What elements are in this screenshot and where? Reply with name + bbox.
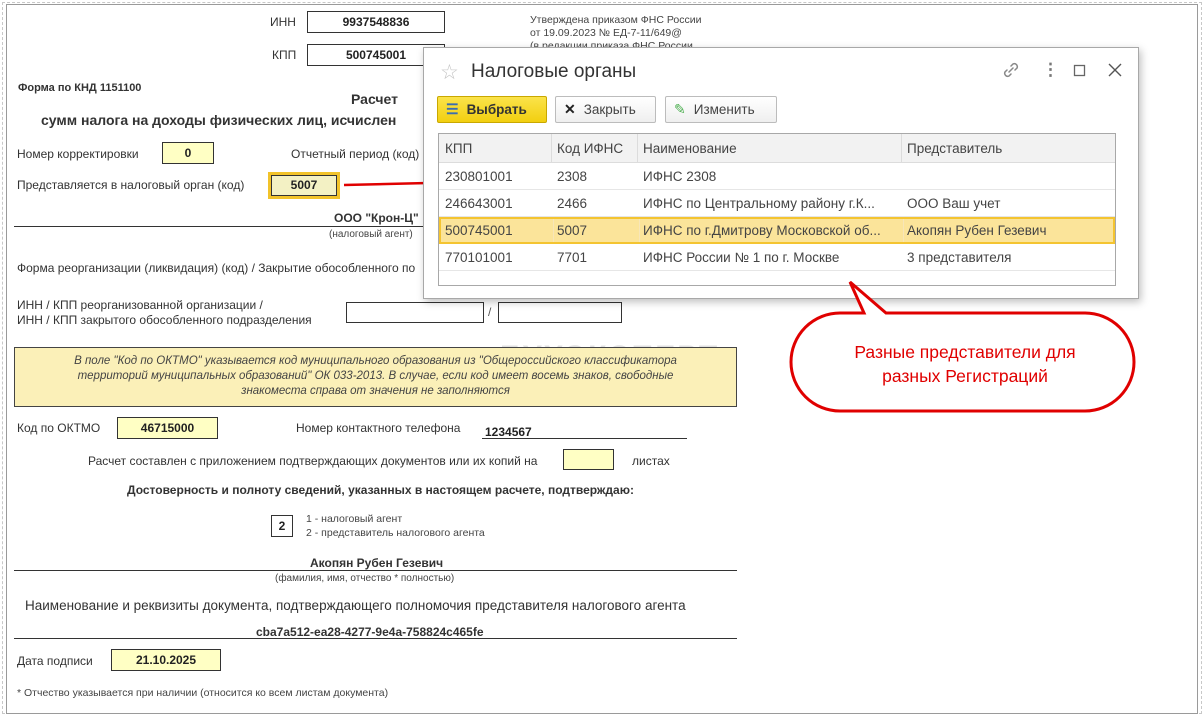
signer-option: 2 - представитель налогового агента bbox=[306, 526, 485, 540]
table-row[interactable]: 7701010017701ИФНС России № 1 по г. Москв… bbox=[439, 244, 1115, 271]
select-icon: ☰ bbox=[446, 101, 459, 118]
callout-line: Разные представители для bbox=[800, 340, 1130, 364]
agent-caption: (налоговый агент) bbox=[329, 229, 413, 240]
agent-name: ООО "Крон-Ц" bbox=[334, 211, 419, 225]
cell-representative: ООО Ваш учет bbox=[901, 190, 1115, 217]
note-line: знакоместа справа от значения не заполня… bbox=[15, 384, 736, 399]
cell-ifns-code: 2466 bbox=[551, 190, 637, 217]
link-icon[interactable] bbox=[1001, 60, 1021, 85]
select-button[interactable]: ☰ Выбрать bbox=[437, 96, 547, 123]
column-header-name[interactable]: Наименование bbox=[637, 134, 901, 163]
cell-kpp: 246643001 bbox=[439, 190, 551, 217]
reorg-inn-label: ИНН / КПП реорганизованной организации /… bbox=[17, 298, 312, 328]
doc-label: Наименование и реквизиты документа, подт… bbox=[25, 598, 686, 613]
reorg-label: Форма реорганизации (ликвидация) (код) /… bbox=[17, 261, 415, 275]
attachments-label: Расчет составлен с приложением подтвержд… bbox=[88, 454, 537, 468]
table-row[interactable]: 5007450015007ИФНС по г.Дмитрову Московск… bbox=[439, 217, 1115, 244]
table-row[interactable]: 2466430012466ИФНС по Центральному району… bbox=[439, 190, 1115, 217]
column-header-representative[interactable]: Представитель bbox=[901, 134, 1115, 163]
dialog-title: Налоговые органы bbox=[471, 61, 636, 83]
agent-underline bbox=[14, 226, 424, 227]
signer-underline bbox=[14, 570, 737, 571]
cell-ifns-code: 2308 bbox=[551, 163, 637, 190]
tax-authorities-dialog: ☆ Налоговые органы ⋮ ☰ Выбрать ✕ Закрыть… bbox=[423, 47, 1139, 299]
phone-field[interactable]: 1234567 bbox=[485, 425, 532, 439]
note-line: В поле "Код по ОКТМО" указывается код му… bbox=[15, 354, 736, 369]
sign-date-field[interactable]: 21.10.2025 bbox=[111, 649, 221, 671]
knd-code: Форма по КНД 1151100 bbox=[18, 82, 141, 94]
close-button[interactable]: ✕ Закрыть bbox=[555, 96, 656, 123]
inn-field[interactable]: 9937548836 bbox=[307, 11, 445, 33]
phone-label: Номер контактного телефона bbox=[296, 421, 460, 435]
signer-code-field[interactable]: 2 bbox=[271, 515, 293, 537]
cell-representative: 3 представителя bbox=[901, 244, 1115, 271]
signer-caption: (фамилия, имя, отчество * полностью) bbox=[275, 573, 454, 584]
tax-authority-field[interactable]: 5007 bbox=[268, 172, 340, 199]
footnote: * Отчество указывается при наличии (отно… bbox=[17, 687, 388, 699]
column-header-kpp[interactable]: КПП bbox=[439, 134, 551, 163]
cell-representative: Акопян Рубен Гезевич bbox=[903, 219, 1117, 242]
signer-option: 1 - налоговый агент bbox=[306, 512, 485, 526]
period-label: Отчетный период (код) bbox=[291, 147, 419, 161]
approval-line: Утверждена приказом ФНС России bbox=[530, 14, 701, 27]
tax-authorities-table: КПП Код ИФНС Наименование Представитель … bbox=[438, 133, 1116, 286]
oktmo-note: В поле "Код по ОКТМО" указывается код му… bbox=[14, 347, 737, 407]
signer-options: 1 - налоговый агент 2 - представитель на… bbox=[306, 512, 485, 540]
reorg-inn-field[interactable] bbox=[346, 302, 484, 323]
reorg-inn-label-line: ИНН / КПП закрытого обособленного подраз… bbox=[17, 313, 312, 328]
inn-label: ИНН bbox=[270, 15, 296, 29]
correction-field[interactable]: 0 bbox=[162, 142, 214, 164]
form-subtitle: сумм налога на доходы физических лиц, ис… bbox=[41, 112, 396, 128]
column-header-ifns-code[interactable]: Код ИФНС bbox=[551, 134, 637, 163]
oktmo-label: Код по ОКТМО bbox=[17, 421, 100, 435]
reorg-kpp-field[interactable] bbox=[498, 302, 622, 323]
attachments-field[interactable] bbox=[563, 449, 614, 470]
kpp-label: КПП bbox=[272, 48, 296, 62]
cell-name: ИФНС по Центральному району г.К... bbox=[637, 190, 901, 217]
cell-representative bbox=[901, 163, 1115, 190]
cell-kpp: 230801001 bbox=[439, 163, 551, 190]
cell-kpp: 770101001 bbox=[439, 244, 551, 271]
form-title: Расчет bbox=[351, 91, 398, 107]
doc-value: cba7a512-ea28-4277-9e4a-758824c465fe bbox=[256, 625, 484, 639]
star-icon[interactable]: ☆ bbox=[440, 60, 459, 85]
note-line: территорий муниципальных образований" ОК… bbox=[15, 369, 736, 384]
more-icon[interactable]: ⋮ bbox=[1042, 60, 1059, 80]
confirm-label: Достоверность и полноту сведений, указан… bbox=[127, 483, 634, 497]
tax-authority-label: Представляется в налоговый орган (код) bbox=[17, 178, 244, 192]
reorg-inn-label-line: ИНН / КПП реорганизованной организации / bbox=[17, 298, 312, 313]
approval-line: от 19.09.2023 № ЕД-7-11/649@ bbox=[530, 27, 701, 40]
close-x-icon: ✕ bbox=[564, 101, 576, 118]
close-button-label: Закрыть bbox=[584, 102, 636, 117]
cell-name: ИФНС 2308 bbox=[637, 163, 901, 190]
cell-ifns-code: 7701 bbox=[551, 244, 637, 271]
slash-separator: / bbox=[488, 305, 491, 319]
cell-name: ИФНС по г.Дмитрову Московской об... bbox=[639, 219, 903, 242]
callout-line: разных Регистраций bbox=[800, 364, 1130, 388]
cell-ifns-code: 5007 bbox=[553, 219, 639, 242]
edit-button[interactable]: ✎ Изменить bbox=[665, 96, 777, 123]
signer-name: Акопян Рубен Гезевич bbox=[310, 556, 443, 570]
cell-name: ИФНС России № 1 по г. Москве bbox=[637, 244, 901, 271]
doc-underline bbox=[14, 638, 737, 639]
correction-label: Номер корректировки bbox=[17, 147, 139, 161]
cell-kpp: 500745001 bbox=[441, 219, 553, 242]
edit-button-label: Изменить bbox=[694, 102, 755, 117]
table-row[interactable]: 2308010012308ИФНС 2308 bbox=[439, 163, 1115, 190]
attachments-suffix: листах bbox=[632, 454, 670, 468]
pencil-icon: ✎ bbox=[674, 101, 686, 118]
table-header: КПП Код ИФНС Наименование Представитель bbox=[439, 134, 1115, 163]
phone-underline bbox=[482, 438, 687, 439]
oktmo-field[interactable]: 46715000 bbox=[117, 417, 218, 439]
maximize-icon[interactable] bbox=[1073, 60, 1087, 85]
select-button-label: Выбрать bbox=[467, 102, 527, 117]
callout-text: Разные представители для разных Регистра… bbox=[800, 340, 1130, 388]
sign-date-label: Дата подписи bbox=[17, 654, 93, 668]
close-icon[interactable] bbox=[1107, 60, 1123, 85]
